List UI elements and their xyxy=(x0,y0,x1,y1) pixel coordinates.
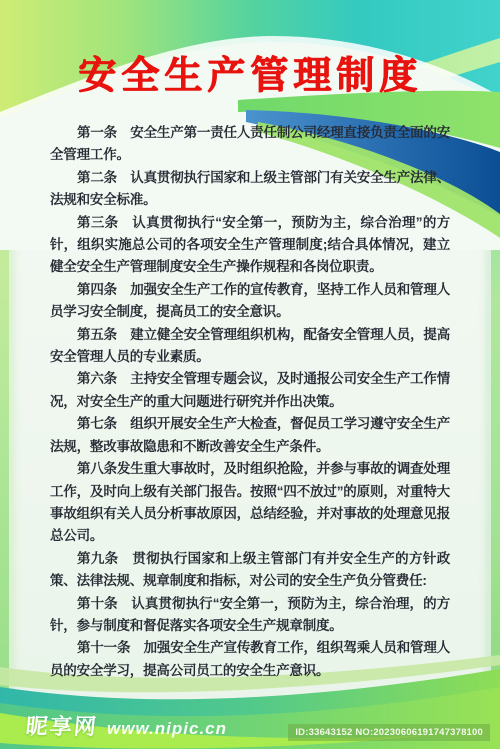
article-1: 第一条 安全生产第一责任人责任制公司经理直接负责全面的安全管理工作。 xyxy=(50,122,450,167)
article-10: 第十条 认真贯彻执行“安全第一，预防为主，综合治理，的方针，参与制度和督促落实各… xyxy=(50,593,450,638)
id-badge: ID:33643152 NO:20230606191747378100 xyxy=(288,724,490,741)
article-3: 第三条 认真贯彻执行“安全第一，预防为主，综合治理”的方针，组织实施总公司的各项… xyxy=(50,212,450,279)
article-6: 第六条 主持安全管理专题会议，及时通报公司安全生产工作情况，对安全生产的重大问题… xyxy=(50,368,450,413)
article-11: 第十一条 加强安全生产宣传教育工作，组织驾乘人员和管理人员的安全学习，提高公司员… xyxy=(50,637,450,682)
watermark-url: www.nipic.cn xyxy=(107,719,227,739)
poster-frame: 安全生产管理制度 第一条 安全生产第一责任人责任制公司经理直接负责全面的安全管理… xyxy=(0,0,500,749)
article-7: 第七条 组织开展安全生产大检查，督促员工学习遵守安全生产法规，整改事故隐患和不断… xyxy=(50,413,450,458)
article-4: 第四条 加强安全生产工作的宣传教育，坚持工作人员和管理人员学习安全制度，提高员工… xyxy=(50,279,450,324)
article-9: 第九条 贯彻执行国家和上级主管部门有并安全生产的方针政策、法律法规、规章制度和指… xyxy=(50,548,450,593)
article-2: 第二条 认真贯彻执行国家和上级主管部门有关安全生产法律、法规和安全标准。 xyxy=(50,167,450,212)
article-8: 第八条发生重大事故时，及时组织抢险，并参与事故的调查处理工作，及时向上级有关部门… xyxy=(50,458,450,548)
poster-title: 安全生产管理制度 xyxy=(0,54,500,100)
watermark: 昵享网 www.nipic.cn xyxy=(26,710,227,741)
watermark-logo: 昵享网 xyxy=(24,710,99,741)
articles-section: 第一条 安全生产第一责任人责任制公司经理直接负责全面的安全管理工作。 第二条 认… xyxy=(50,122,450,682)
article-5: 第五条 建立健全安全管理组织机构，配备安全管理人员，提高安全管理人员的专业素质。 xyxy=(50,324,450,369)
